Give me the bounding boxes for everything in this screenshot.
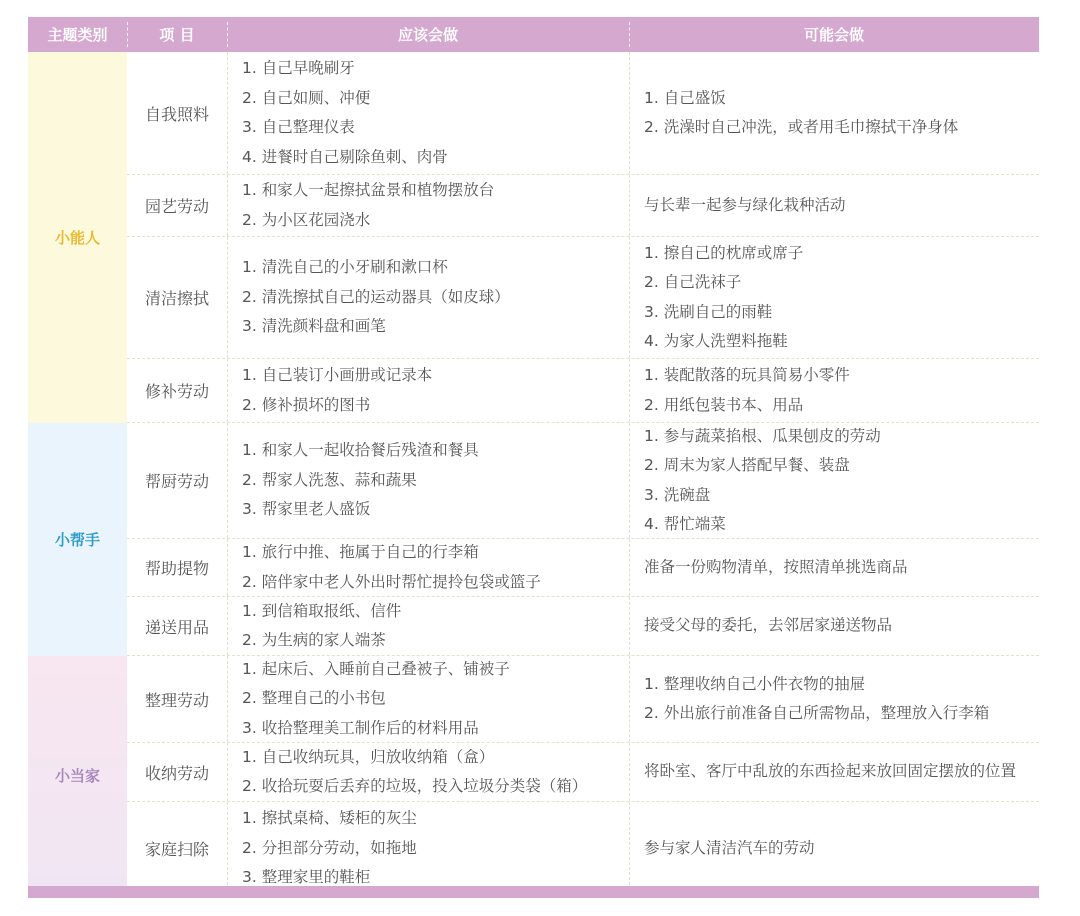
- task-line: 2. 为小区花园浇水: [242, 206, 629, 236]
- category-rows: 整理劳动1. 起床后、入睡前自己叠被子、铺被子2. 整理自己的小书包3. 收拾整…: [127, 656, 1039, 895]
- category-group: 小能人自我照料1. 自己早晚刷牙2. 自己如厕、冲便3. 自己整理仪表4. 进餐…: [28, 52, 1039, 423]
- task-line: 2. 外出旅行前准备自己所需物品，整理放入行李箱: [644, 699, 1039, 729]
- should-do-cell: 1. 起床后、入睡前自己叠被子、铺被子2. 整理自己的小书包3. 收拾整理美工制…: [227, 656, 629, 742]
- task-line: 2. 整理自己的小书包: [242, 684, 629, 714]
- task-line: 2. 洗澡时自己冲洗，或者用毛巾擦拭干净身体: [644, 113, 1039, 143]
- item-name: 帮助提物: [127, 539, 227, 596]
- task-line: 接受父母的委托，去邻居家递送物品: [644, 611, 1039, 641]
- task-line: 1. 旅行中推、拖属于自己的行李箱: [242, 538, 629, 568]
- task-line: 1. 和家人一起擦拭盆景和植物摆放台: [242, 176, 629, 206]
- task-line: 4. 帮忙端菜: [644, 510, 1039, 540]
- task-line: 2. 为生病的家人端茶: [242, 626, 629, 656]
- task-line: 2. 收拾玩耍后丢弃的垃圾，投入垃圾分类袋（箱）: [242, 772, 629, 802]
- table-row: 帮厨劳动1. 和家人一起收拾餐后残渣和餐具2. 帮家人洗葱、蒜和蔬果3. 帮家里…: [127, 423, 1039, 539]
- should-do-cell: 1. 自己早晚刷牙2. 自己如厕、冲便3. 自己整理仪表4. 进餐时自己剔除鱼刺…: [227, 52, 629, 174]
- task-line: 3. 清洗颜料盘和画笔: [242, 312, 629, 342]
- may-do-cell: 参与家人清洁汽车的劳动: [629, 802, 1039, 895]
- should-do-cell: 1. 和家人一起收拾餐后残渣和餐具2. 帮家人洗葱、蒜和蔬果3. 帮家里老人盛饭: [227, 423, 629, 538]
- task-line: 2. 清洗擦拭自己的运动器具（如皮球）: [242, 283, 629, 313]
- task-line: 准备一份购物清单，按照清单挑选商品: [644, 553, 1039, 583]
- item-name: 修补劳动: [127, 359, 227, 422]
- item-name: 自我照料: [127, 52, 227, 174]
- may-do-cell: 1. 自己盛饭2. 洗澡时自己冲洗，或者用毛巾擦拭干净身体: [629, 52, 1039, 174]
- may-do-cell: 1. 参与蔬菜掐根、瓜果刨皮的劳动2. 周末为家人搭配早餐、装盘3. 洗碗盘4.…: [629, 423, 1039, 538]
- table-body: 小能人自我照料1. 自己早晚刷牙2. 自己如厕、冲便3. 自己整理仪表4. 进餐…: [28, 52, 1039, 895]
- header-category: 主题类别: [28, 17, 127, 52]
- task-line: 1. 自己早晚刷牙: [242, 54, 629, 84]
- task-line: 1. 清洗自己的小牙刷和漱口杯: [242, 253, 629, 283]
- task-line: 1. 自己收纳玩具，归放收纳箱（盒）: [242, 743, 629, 773]
- task-line: 4. 进餐时自己剔除鱼刺、肉骨: [242, 143, 629, 173]
- task-line: 1. 起床后、入睡前自己叠被子、铺被子: [242, 655, 629, 685]
- task-line: 2. 周末为家人搭配早餐、装盘: [644, 451, 1039, 481]
- item-name: 家庭扫除: [127, 802, 227, 895]
- item-name: 递送用品: [127, 597, 227, 655]
- task-line: 1. 自己装订小画册或记录本: [242, 361, 629, 391]
- table-row: 清洁擦拭1. 清洗自己的小牙刷和漱口杯2. 清洗擦拭自己的运动器具（如皮球）3.…: [127, 237, 1039, 359]
- item-name: 收纳劳动: [127, 743, 227, 801]
- may-do-cell: 1. 擦自己的枕席或席子2. 自己洗袜子3. 洗刷自己的雨鞋4. 为家人洗塑料拖…: [629, 237, 1039, 358]
- task-line: 1. 参与蔬菜掐根、瓜果刨皮的劳动: [644, 422, 1039, 452]
- should-do-cell: 1. 擦拭桌椅、矮柜的灰尘2. 分担部分劳动，如拖地3. 整理家里的鞋柜: [227, 802, 629, 895]
- table-row: 递送用品1. 到信箱取报纸、信件2. 为生病的家人端茶接受父母的委托，去邻居家递…: [127, 597, 1039, 656]
- table-row: 修补劳动1. 自己装订小画册或记录本2. 修补损坏的图书1. 装配散落的玩具简易…: [127, 359, 1039, 423]
- task-line: 2. 帮家人洗葱、蒜和蔬果: [242, 466, 629, 496]
- should-do-cell: 1. 到信箱取报纸、信件2. 为生病的家人端茶: [227, 597, 629, 655]
- may-do-cell: 与长辈一起参与绿化栽种活动: [629, 175, 1039, 236]
- table-header: 主题类别 项 目 应该会做 可能会做: [28, 17, 1039, 52]
- task-line: 1. 到信箱取报纸、信件: [242, 597, 629, 627]
- task-line: 3. 收拾整理美工制作后的材料用品: [242, 714, 629, 744]
- item-name: 清洁擦拭: [127, 237, 227, 358]
- task-line: 2. 分担部分劳动，如拖地: [242, 834, 629, 864]
- task-line: 1. 整理收纳自己小件衣物的抽屉: [644, 670, 1039, 700]
- table-row: 园艺劳动1. 和家人一起擦拭盆景和植物摆放台2. 为小区花园浇水与长辈一起参与绿…: [127, 175, 1039, 237]
- may-do-cell: 将卧室、客厅中乱放的东西捡起来放回固定摆放的位置: [629, 743, 1039, 801]
- task-line: 3. 洗碗盘: [644, 481, 1039, 511]
- task-line: 2. 陪伴家中老人外出时帮忙提拎包袋或篮子: [242, 568, 629, 598]
- task-line: 1. 擦自己的枕席或席子: [644, 239, 1039, 269]
- item-name: 园艺劳动: [127, 175, 227, 236]
- category-label: 小能人: [28, 52, 127, 423]
- header-should-do: 应该会做: [227, 17, 629, 52]
- task-line: 1. 自己盛饭: [644, 84, 1039, 114]
- table-row: 家庭扫除1. 擦拭桌椅、矮柜的灰尘2. 分担部分劳动，如拖地3. 整理家里的鞋柜…: [127, 802, 1039, 895]
- may-do-cell: 准备一份购物清单，按照清单挑选商品: [629, 539, 1039, 596]
- category-group: 小当家整理劳动1. 起床后、入睡前自己叠被子、铺被子2. 整理自己的小书包3. …: [28, 656, 1039, 895]
- table-row: 收纳劳动1. 自己收纳玩具，归放收纳箱（盒）2. 收拾玩耍后丢弃的垃圾，投入垃圾…: [127, 743, 1039, 802]
- item-name: 帮厨劳动: [127, 423, 227, 538]
- table-row: 自我照料1. 自己早晚刷牙2. 自己如厕、冲便3. 自己整理仪表4. 进餐时自己…: [127, 52, 1039, 175]
- task-line: 3. 帮家里老人盛饭: [242, 495, 629, 525]
- should-do-cell: 1. 旅行中推、拖属于自己的行李箱2. 陪伴家中老人外出时帮忙提拎包袋或篮子: [227, 539, 629, 596]
- should-do-cell: 1. 自己收纳玩具，归放收纳箱（盒）2. 收拾玩耍后丢弃的垃圾，投入垃圾分类袋（…: [227, 743, 629, 801]
- may-do-cell: 接受父母的委托，去邻居家递送物品: [629, 597, 1039, 655]
- task-line: 3. 洗刷自己的雨鞋: [644, 298, 1039, 328]
- task-line: 2. 自己洗袜子: [644, 268, 1039, 298]
- task-line: 1. 和家人一起收拾餐后残渣和餐具: [242, 436, 629, 466]
- header-item: 项 目: [127, 17, 227, 52]
- category-group: 小帮手帮厨劳动1. 和家人一起收拾餐后残渣和餐具2. 帮家人洗葱、蒜和蔬果3. …: [28, 423, 1039, 656]
- task-line: 将卧室、客厅中乱放的东西捡起来放回固定摆放的位置: [644, 757, 1039, 787]
- task-line: 1. 擦拭桌椅、矮柜的灰尘: [242, 804, 629, 834]
- category-rows: 自我照料1. 自己早晚刷牙2. 自己如厕、冲便3. 自己整理仪表4. 进餐时自己…: [127, 52, 1039, 423]
- may-do-cell: 1. 整理收纳自己小件衣物的抽屉2. 外出旅行前准备自己所需物品，整理放入行李箱: [629, 656, 1039, 742]
- table-footer-bar: [28, 886, 1039, 898]
- task-line: 与长辈一起参与绿化栽种活动: [644, 191, 1039, 221]
- table-row: 帮助提物1. 旅行中推、拖属于自己的行李箱2. 陪伴家中老人外出时帮忙提拎包袋或…: [127, 539, 1039, 597]
- category-rows: 帮厨劳动1. 和家人一起收拾餐后残渣和餐具2. 帮家人洗葱、蒜和蔬果3. 帮家里…: [127, 423, 1039, 656]
- should-do-cell: 1. 清洗自己的小牙刷和漱口杯2. 清洗擦拭自己的运动器具（如皮球）3. 清洗颜…: [227, 237, 629, 358]
- table-row: 整理劳动1. 起床后、入睡前自己叠被子、铺被子2. 整理自己的小书包3. 收拾整…: [127, 656, 1039, 743]
- should-do-cell: 1. 和家人一起擦拭盆景和植物摆放台2. 为小区花园浇水: [227, 175, 629, 236]
- task-line: 1. 装配散落的玩具简易小零件: [644, 361, 1039, 391]
- task-line: 2. 修补损坏的图书: [242, 391, 629, 421]
- header-may-do: 可能会做: [629, 17, 1039, 52]
- labor-task-table: 主题类别 项 目 应该会做 可能会做 小能人自我照料1. 自己早晚刷牙2. 自己…: [28, 17, 1039, 895]
- may-do-cell: 1. 装配散落的玩具简易小零件2. 用纸包装书本、用品: [629, 359, 1039, 422]
- category-label: 小当家: [28, 656, 127, 895]
- category-label: 小帮手: [28, 423, 127, 656]
- task-line: 4. 为家人洗塑料拖鞋: [644, 327, 1039, 357]
- should-do-cell: 1. 自己装订小画册或记录本2. 修补损坏的图书: [227, 359, 629, 422]
- item-name: 整理劳动: [127, 656, 227, 742]
- task-line: 3. 自己整理仪表: [242, 113, 629, 143]
- task-line: 参与家人清洁汽车的劳动: [644, 834, 1039, 864]
- task-line: 2. 自己如厕、冲便: [242, 84, 629, 114]
- task-line: 2. 用纸包装书本、用品: [644, 391, 1039, 421]
